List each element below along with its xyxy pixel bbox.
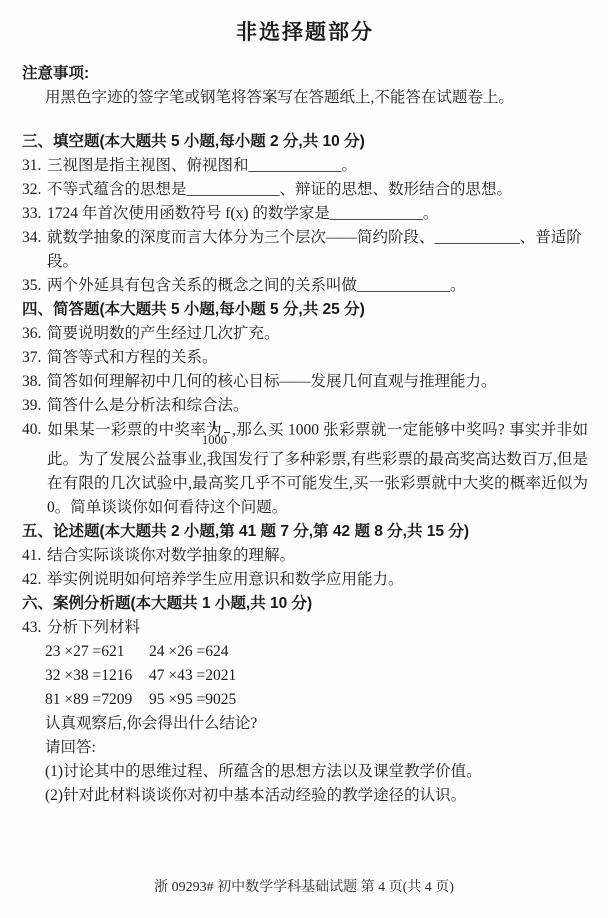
question-text: 不等式蕴含的思想是____________、辩证的思想、数形结合的思想。 bbox=[47, 181, 512, 198]
question-text: 简答等式和方程的关系。 bbox=[47, 349, 218, 366]
question-35: 35.两个外延具有包含关系的概念之间的关系叫做____________。 bbox=[22, 274, 588, 298]
question-number: 38. bbox=[22, 370, 47, 394]
notice-heading: 注意事项: bbox=[22, 62, 588, 86]
question-41: 41.结合实际谈谈你对数学抽象的理解。 bbox=[22, 544, 588, 568]
question-text: 就数学抽象的深度而言大体分为三个层次——简约阶段、___________、普适阶… bbox=[47, 229, 582, 270]
equation-row: 32 ×38 =121647 ×43 =2021 bbox=[22, 664, 588, 688]
equation-cell: 32 ×38 =1216 bbox=[45, 664, 149, 688]
question-number: 31. bbox=[22, 154, 47, 178]
question-text: 三视图是指主视图、俯视图和____________。 bbox=[47, 157, 357, 174]
question-40: 40.如果某一彩票的中奖率为11000,那么买 1000 张彩票就一定能够中奖吗… bbox=[22, 418, 588, 520]
question-39: 39.简答什么是分析法和综合法。 bbox=[22, 394, 588, 418]
question-43-observe: 认真观察后,你会得出什么结论? bbox=[22, 712, 588, 736]
section-heading-case-analysis: 六、案例分析题(本大题共 1 小题,共 10 分) bbox=[22, 592, 588, 616]
section-heading-essay: 五、论述题(本大题共 2 小题,第 41 题 7 分,第 42 题 8 分,共 … bbox=[22, 520, 588, 544]
question-number: 43. bbox=[22, 616, 47, 640]
question-text: 两个外延具有包含关系的概念之间的关系叫做____________。 bbox=[47, 277, 466, 294]
equation-row: 81 ×89 =720995 ×95 =9025 bbox=[22, 688, 588, 712]
question-number: 39. bbox=[22, 394, 47, 418]
question-37: 37.简答等式和方程的关系。 bbox=[22, 346, 588, 370]
fraction-numerator: 1 bbox=[224, 418, 230, 433]
equation-cell: 23 ×27 =621 bbox=[45, 640, 149, 664]
question-text: 简答如何理解初中几何的核心目标——发展几何直观与推理能力。 bbox=[47, 373, 497, 390]
question-text: 简答什么是分析法和综合法。 bbox=[47, 397, 249, 414]
question-text: 1724 年首次使用函数符号 f(x) 的数学家是____________。 bbox=[47, 205, 438, 222]
question-number: 32. bbox=[22, 178, 47, 202]
equation-cell: 81 ×89 =7209 bbox=[45, 688, 149, 712]
page-title: 非选择题部分 bbox=[22, 18, 588, 48]
fraction-denominator: 1000 bbox=[224, 433, 230, 447]
question-31: 31.三视图是指主视图、俯视图和____________。 bbox=[22, 154, 588, 178]
question-number: 33. bbox=[22, 202, 47, 226]
question-38: 38.简答如何理解初中几何的核心目标——发展几何直观与推理能力。 bbox=[22, 370, 588, 394]
equation-cell: 24 ×26 =624 bbox=[149, 643, 228, 660]
section-heading-short-answer: 四、简答题(本大题共 5 小题,每小题 5 分,共 25 分) bbox=[22, 298, 588, 322]
question-43-subquestion-1: (1)讨论其中的思维过程、所蕴含的思想方法以及课堂教学价值。 bbox=[22, 760, 588, 784]
section-heading-fill-in: 三、填空题(本大题共 5 小题,每小题 2 分,共 10 分) bbox=[22, 130, 588, 154]
equation-cell: 95 ×95 =9025 bbox=[149, 691, 236, 708]
question-text: 如果某一彩票的中奖率为 bbox=[47, 421, 222, 438]
question-number: 40. bbox=[22, 418, 47, 442]
question-text: 举实例说明如何培养学生应用意识和数学应用能力。 bbox=[47, 571, 404, 588]
question-number: 36. bbox=[22, 322, 47, 346]
question-number: 34. bbox=[22, 226, 47, 250]
question-33: 33.1724 年首次使用函数符号 f(x) 的数学家是____________… bbox=[22, 202, 588, 226]
question-number: 41. bbox=[22, 544, 47, 568]
page-footer: 浙 09293# 初中数学学科基础试题 第 4 页(共 4 页) bbox=[0, 876, 608, 896]
question-number: 35. bbox=[22, 274, 47, 298]
question-number: 37. bbox=[22, 346, 47, 370]
question-text: 分析下列材料 bbox=[47, 619, 140, 636]
question-text: 结合实际谈谈你对数学抽象的理解。 bbox=[47, 547, 295, 564]
question-43-answer-prompt: 请回答: bbox=[22, 736, 588, 760]
question-34: 34.就数学抽象的深度而言大体分为三个层次——简约阶段、___________、… bbox=[22, 226, 588, 274]
question-43: 43.分析下列材料 bbox=[22, 616, 588, 640]
equation-row: 23 ×27 =62124 ×26 =624 bbox=[22, 640, 588, 664]
question-text: 简要说明数的产生经过几次扩充。 bbox=[47, 325, 280, 342]
notice-body: 用黑色字迹的签字笔或钢笔将答案写在答题纸上,不能答在试题卷上。 bbox=[22, 86, 588, 110]
question-32: 32.不等式蕴含的思想是____________、辩证的思想、数形结合的思想。 bbox=[22, 178, 588, 202]
exam-page: 非选择题部分 注意事项: 用黑色字迹的签字笔或钢笔将答案写在答题纸上,不能答在试… bbox=[0, 0, 608, 808]
question-number: 42. bbox=[22, 568, 47, 592]
question-42: 42.举实例说明如何培养学生应用意识和数学应用能力。 bbox=[22, 568, 588, 592]
question-43-subquestion-2: (2)针对此材料谈谈你对初中基本活动经验的教学途径的认识。 bbox=[22, 784, 588, 808]
equation-cell: 47 ×43 =2021 bbox=[149, 667, 236, 684]
question-36: 36.简要说明数的产生经过几次扩充。 bbox=[22, 322, 588, 346]
fraction: 11000 bbox=[224, 418, 230, 448]
